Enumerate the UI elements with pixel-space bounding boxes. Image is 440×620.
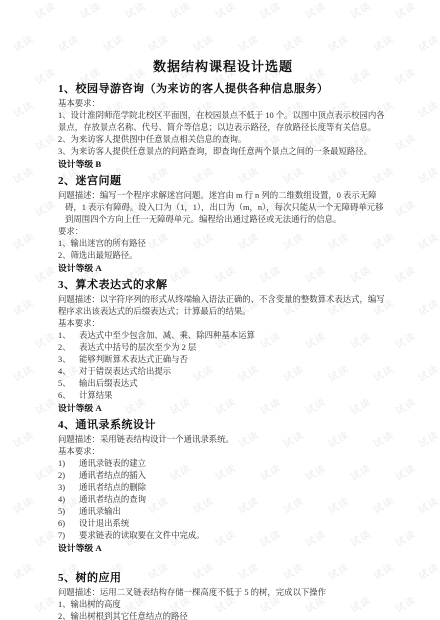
watermark-text: 试读 [370, 31, 397, 55]
section: 4、通讯录系统设计 问题描述：采用链表结构设计一个通讯录系统。基本要求：1)通讯… [58, 418, 388, 555]
watermark-text: 试读 [167, 0, 194, 21]
item-text: 表达式中至少包含加、减、乘、除四种基本运算 [79, 330, 388, 342]
doc-line-item: 3)通讯者结点的删除 [58, 482, 388, 494]
doc-line-para: 问题描述：采用链表结构设计一个通讯录系统。 [58, 434, 388, 446]
doc-line-label: 基本要求： [58, 446, 388, 458]
watermark-text: 试读 [10, 295, 37, 319]
item-marker: 6、 [58, 390, 79, 402]
watermark-text: 试读 [190, 31, 217, 55]
watermark-text: 试读 [415, 31, 440, 55]
doc-line-item: 4、对于错误表达式给出提示 [58, 366, 388, 378]
watermark-text: 试读 [280, 31, 307, 55]
watermark-text: 试读 [100, 31, 127, 55]
doc-line-label: 基本要求： [58, 318, 388, 330]
item-marker: 6) [58, 518, 79, 530]
watermark-text: 试读 [235, 31, 262, 55]
watermark-text: 试读 [32, 460, 59, 484]
section-lines: 基本要求：1、设计淮阴师范学院北校区平面图，在校园景点不低于 10 个。以图中顶… [58, 98, 388, 171]
watermark-text: 试读 [392, 64, 419, 88]
watermark-text: 试读 [122, 0, 149, 21]
doc-line-para: 1、设计淮阴师范学院北校区平面图，在校园景点不低于 10 个。以图中顶点表示校园… [58, 110, 388, 134]
watermark-text: 试读 [347, 0, 374, 21]
watermark-text: 试读 [325, 31, 352, 55]
item-marker: 3、 [58, 354, 79, 366]
watermark-text: 试读 [32, 262, 59, 286]
watermark-text: 试读 [415, 427, 440, 451]
doc-line-para: 2、输出树根到其它任意结点的路径 [58, 611, 388, 620]
watermark-text: 试读 [32, 328, 59, 352]
watermark-text: 试读 [415, 97, 440, 121]
section-heading: 3、算术表达式的求解 [58, 278, 388, 292]
section-lines: 问题描述：运用二叉链表结构存储一棵高度不低于 5 的树，完成以下操作1、输出树的… [58, 587, 388, 620]
watermark-text: 试读 [32, 64, 59, 88]
doc-line-item: 2)通讯者结点的插入 [58, 470, 388, 482]
item-marker: 5、 [58, 378, 79, 390]
doc-line-item: 7)要求链表的读取要在文件中完成。 [58, 530, 388, 542]
watermark-text: 试读 [10, 97, 37, 121]
item-marker: 1、 [58, 330, 79, 342]
doc-line-item: 2、表达式中括号的层次至少为 2 层 [58, 342, 388, 354]
item-text: 通讯录输出 [79, 506, 388, 518]
item-text: 能够判断算术表达式正确与否 [79, 354, 388, 366]
doc-line-label: 要求： [58, 226, 388, 238]
section-heading: 5、树的应用 [58, 571, 388, 585]
watermark-text: 试读 [392, 526, 419, 550]
watermark-text: 试读 [10, 361, 37, 385]
watermark-text: 试读 [415, 559, 440, 583]
sections-container: 1、校园导游咨询（为来访的客人提供各种信息服务） 基本要求：1、设计淮阴师范学院… [58, 82, 388, 620]
doc-line-para: 问题描述：编写一个程序求解迷宫问题。迷宫由 m 行 n 列的二维数组设置，0 表… [58, 190, 388, 226]
watermark-text: 试读 [10, 31, 37, 55]
doc-line-para: 问题描述：以字符序列的形式从终端输入语法正确的、不含变量的整数算术表达式，编写程… [58, 294, 388, 318]
section: 1、校园导游咨询（为来访的客人提供各种信息服务） 基本要求：1、设计淮阴师范学院… [58, 82, 388, 171]
item-marker: 4、 [58, 366, 79, 378]
doc-line-para: 2、为来访客人提供图中任意景点相关信息的查询。 [58, 134, 388, 146]
doc-line-para: 1、输出树的高度 [58, 599, 388, 611]
doc-line-grade: 设计等级 A [58, 262, 388, 275]
section: 3、算术表达式的求解 问题描述：以字符序列的形式从终端输入语法正确的、不含变量的… [58, 278, 388, 415]
doc-line-item: 5、输出后缀表达式 [58, 378, 388, 390]
section-lines: 问题描述：编写一个程序求解迷宫问题。迷宫由 m 行 n 列的二维数组设置，0 表… [58, 190, 388, 275]
watermark-text: 试读 [392, 130, 419, 154]
doc-line-item: 6、计算结果 [58, 390, 388, 402]
watermark-text: 试读 [392, 592, 419, 616]
section: 5、树的应用 问题描述：运用二叉链表结构存储一棵高度不低于 5 的树，完成以下操… [58, 571, 388, 620]
item-marker: 2) [58, 470, 79, 482]
doc-line-para: 3、为来访客人提供任意景点的问路查询，即查询任意两个景点之间的一条最短路径。 [58, 146, 388, 158]
watermark-text: 试读 [392, 394, 419, 418]
item-text: 通讯者结点的插入 [79, 470, 388, 482]
watermark-text: 试读 [10, 229, 37, 253]
watermark-text: 试读 [32, 592, 59, 616]
watermark-text: 试读 [10, 427, 37, 451]
doc-line-item: 3、能够判断算术表达式正确与否 [58, 354, 388, 366]
item-marker: 1) [58, 458, 79, 470]
watermark-text: 试读 [10, 163, 37, 187]
item-text: 通讯录链表的建立 [79, 458, 388, 470]
doc-line-grade: 设计等级 A [58, 542, 388, 555]
document-page: 试读试读试读试读试读试读试读试读试读试读试读试读试读试读试读试读试读试读试读试读… [0, 0, 440, 620]
item-text: 通讯者结点的查询 [79, 494, 388, 506]
item-text: 设计退出系统 [79, 518, 388, 530]
item-marker: 7) [58, 530, 79, 542]
item-text: 输出后缀表达式 [79, 378, 388, 390]
watermark-text: 试读 [392, 328, 419, 352]
watermark-text: 试读 [32, 394, 59, 418]
watermark-text: 试读 [302, 0, 329, 21]
doc-line-item: 1、表达式中至少包含加、减、乘、除四种基本运算 [58, 330, 388, 342]
item-text: 表达式中括号的层次至少为 2 层 [79, 342, 388, 354]
watermark-text: 试读 [10, 493, 37, 517]
doc-line-para: 1、输出迷宫的所有路径 [58, 238, 388, 250]
watermark-text: 试读 [392, 460, 419, 484]
watermark-text: 试读 [415, 493, 440, 517]
section-heading: 4、通讯录系统设计 [58, 418, 388, 432]
watermark-text: 试读 [415, 163, 440, 187]
doc-line-grade: 设计等级 B [58, 158, 388, 171]
doc-line-label: 基本要求： [58, 98, 388, 110]
item-text: 计算结果 [79, 390, 388, 402]
document-content: 数据结构课程设计选题 1、校园导游咨询（为来访的客人提供各种信息服务） 基本要求… [58, 56, 388, 620]
watermark-text: 试读 [77, 0, 104, 21]
doc-line-para: 问题描述：运用二叉链表结构存储一棵高度不低于 5 的树，完成以下操作 [58, 587, 388, 599]
item-marker: 3) [58, 482, 79, 494]
watermark-text: 试读 [415, 229, 440, 253]
page-title: 数据结构课程设计选题 [58, 56, 388, 75]
watermark-text: 试读 [257, 0, 284, 21]
doc-line-item: 5)通讯录输出 [58, 506, 388, 518]
doc-line-item: 1)通讯录链表的建立 [58, 458, 388, 470]
watermark-text: 试读 [10, 559, 37, 583]
item-marker: 4) [58, 494, 79, 506]
item-text: 对于错误表达式给出提示 [79, 366, 388, 378]
doc-line-item: 6)设计退出系统 [58, 518, 388, 530]
watermark-text: 试读 [392, 262, 419, 286]
watermark-text: 试读 [145, 31, 172, 55]
watermark-text: 试读 [32, 196, 59, 220]
section-heading: 1、校园导游咨询（为来访的客人提供各种信息服务） [58, 82, 388, 96]
watermark-text: 试读 [212, 0, 239, 21]
section-lines: 问题描述：采用链表结构设计一个通讯录系统。基本要求：1)通讯录链表的建立2)通讯… [58, 434, 388, 555]
item-text: 通讯者结点的删除 [79, 482, 388, 494]
doc-line-para: 2、筛选出最短路径。 [58, 250, 388, 262]
section-lines: 问题描述：以字符序列的形式从终端输入语法正确的、不含变量的整数算术表达式，编写程… [58, 294, 388, 415]
watermark-text: 试读 [32, 0, 59, 21]
item-marker: 2、 [58, 342, 79, 354]
watermark-text: 试读 [415, 295, 440, 319]
watermark-text: 试读 [392, 196, 419, 220]
doc-line-grade: 设计等级 A [58, 402, 388, 415]
section: 2、迷宫问题 问题描述：编写一个程序求解迷宫问题。迷宫由 m 行 n 列的二维数… [58, 174, 388, 275]
item-text: 要求链表的读取要在文件中完成。 [79, 530, 388, 542]
section-heading: 2、迷宫问题 [58, 174, 388, 188]
watermark-text: 试读 [32, 526, 59, 550]
doc-line-item: 4)通讯者结点的查询 [58, 494, 388, 506]
item-marker: 5) [58, 506, 79, 518]
watermark-text: 试读 [55, 31, 82, 55]
watermark-text: 试读 [415, 361, 440, 385]
watermark-text: 试读 [392, 0, 419, 21]
watermark-text: 试读 [32, 130, 59, 154]
